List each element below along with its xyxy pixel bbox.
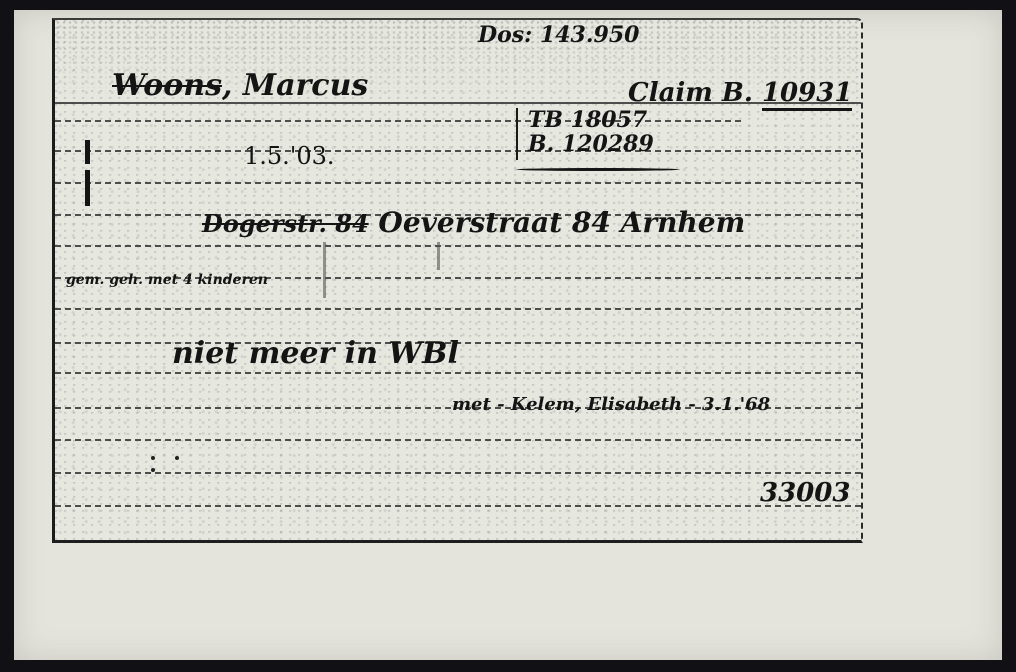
claim-line: Claim B. 10931 [628, 78, 852, 108]
rule-line [55, 182, 861, 184]
claim-number: 10931 [762, 78, 852, 111]
margin-tick [85, 170, 90, 206]
address-struck: Dogerstr. 84 [202, 209, 369, 238]
reference-2: B. 120289 [528, 132, 654, 156]
ink-dot [151, 468, 155, 472]
dossier-number: 143.950 [540, 22, 640, 48]
ink-dot [175, 456, 179, 460]
ref-bracket [516, 108, 518, 160]
reference-1: TB 18057 [528, 108, 654, 132]
given-name: Marcus [243, 68, 368, 103]
ink-dot [151, 456, 155, 460]
ref-underline [516, 168, 680, 171]
dossier-line: Dos: 143.950 [478, 22, 639, 48]
card-number: 33003 [760, 478, 850, 508]
margin-tick [85, 140, 90, 164]
address-line: Dogerstr. 84 Oeverstraat 84 Arnhem [202, 206, 745, 239]
birth-date: 1.5.'03. [244, 142, 335, 170]
rule-line [55, 150, 861, 152]
faint-mark [437, 242, 440, 270]
claim-label: Claim B. [628, 78, 753, 108]
rule-line [55, 472, 861, 474]
rule-line [55, 439, 861, 441]
name-line: Woons, Marcus [112, 68, 368, 103]
spouse-note: met - Kelem, Elisabeth - 3.1.'68 [452, 394, 770, 415]
reference-block: TB 18057 B. 120289 [528, 108, 654, 156]
dossier-label: Dos: [478, 22, 532, 48]
rule-line [55, 372, 861, 374]
rule-line [55, 308, 861, 310]
rule-line [55, 245, 861, 247]
address-current: Oeverstraat 84 Arnhem [378, 206, 745, 239]
rule-line [55, 505, 861, 507]
faint-mark [323, 242, 326, 298]
surname-struck: Woons [112, 68, 222, 103]
status-note: niet meer in WBl [172, 336, 459, 371]
marital-note: gem. geh. met 4 kinderen [66, 272, 268, 288]
